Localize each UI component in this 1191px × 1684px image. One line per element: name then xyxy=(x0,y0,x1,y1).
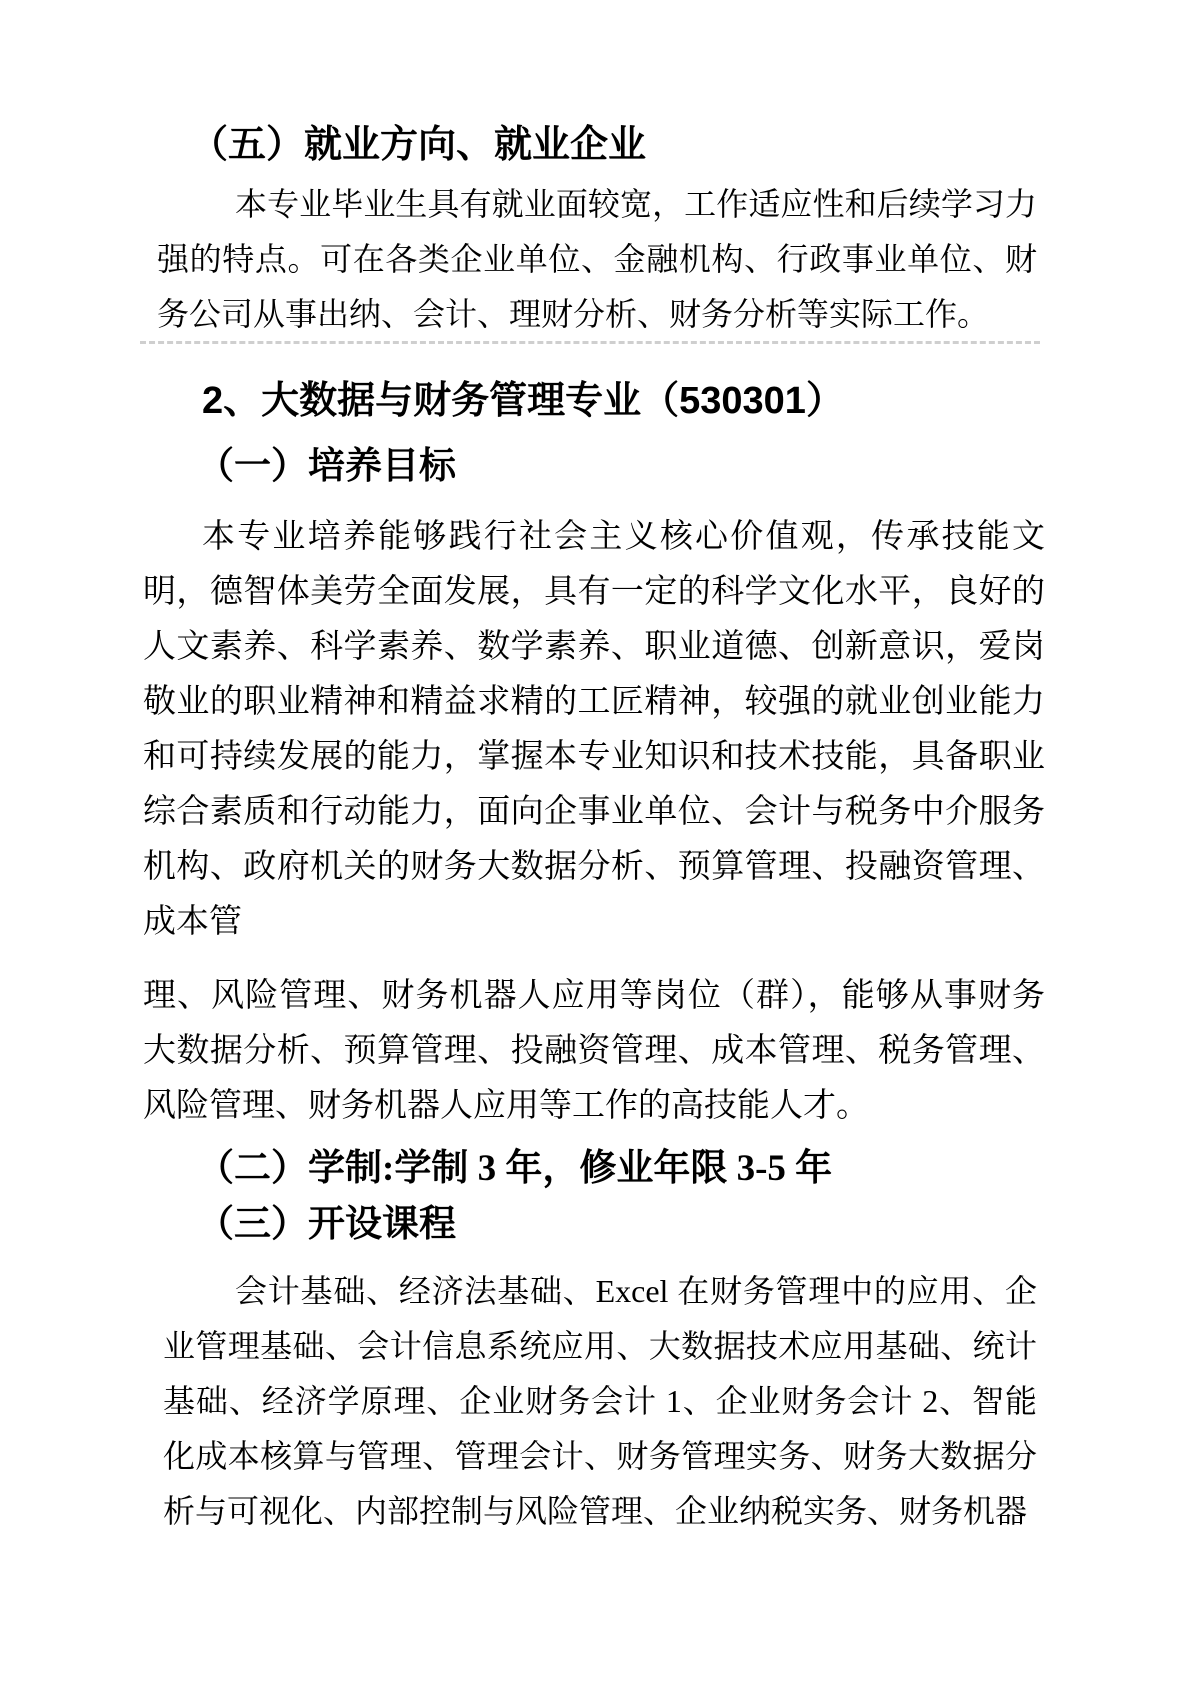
section-5-heading: （五）就业方向、就业企业 xyxy=(190,122,1037,168)
scan-artifact-divider xyxy=(140,341,1040,344)
section-5-paragraph: 本专业毕业生具有就业面较宽，工作适应性和后续学习力强的特点。可在各类企业单位、金… xyxy=(157,177,1037,342)
training-goal-paragraph-2: 理、风险管理、财务机器人应用等岗位（群），能够从事财务大数据分析、预算管理、投融… xyxy=(143,969,1045,1134)
training-goal-paragraph-1: 本专业培养能够践行社会主义核心价值观，传承技能文明，德智体美劳全面发展，具有一定… xyxy=(143,510,1045,950)
training-goal-heading: （一）培养目标 xyxy=(197,444,1037,490)
major-2-heading: 2、大数据与财务管理专业（530301） xyxy=(202,378,1037,424)
document-page: （五）就业方向、就业企业 本专业毕业生具有就业面较宽，工作适应性和后续学习力强的… xyxy=(0,0,1191,1684)
courses-heading: （三）开设课程 xyxy=(197,1202,1037,1248)
courses-paragraph: 会计基础、经济法基础、Excel 在财务管理中的应用、企业管理基础、会计信息系统… xyxy=(163,1264,1037,1539)
schooling-heading: （二）学制:学制 3 年，修业年限 3-5 年 xyxy=(197,1146,1037,1192)
